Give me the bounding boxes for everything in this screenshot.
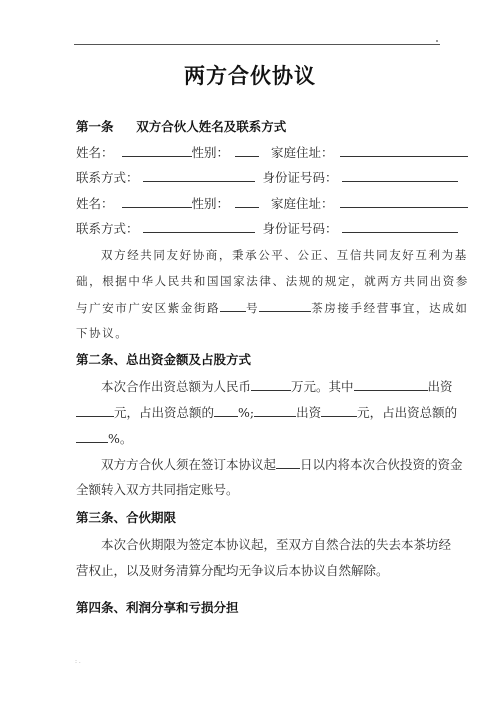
s2-p4-b: 日以内将本次合伙投资的资金 [300, 457, 463, 472]
partyA-name-label: 姓名： [76, 145, 114, 160]
header-dot [436, 40, 438, 42]
s2-p1-b: 万元。其中 [291, 379, 354, 394]
total-amount-field[interactable] [251, 378, 291, 391]
partyB-row2: 联系方式：身份证号码： [76, 220, 458, 237]
partyA-id-field[interactable] [342, 169, 458, 182]
transfer-days-field[interactable] [276, 456, 300, 469]
section2-line3: %。 [76, 430, 132, 447]
s2-p2-a: 元，占出资总额的 [114, 405, 214, 420]
section3-heading: 第三条、合伙期限 [76, 510, 176, 526]
partyA-gender-label: 性别： [192, 145, 230, 160]
partyA-address-field[interactable] [340, 144, 468, 157]
partyB-gender-label: 性别： [192, 196, 230, 211]
s2-p1-a: 本次合作出资总额为人民币 [101, 379, 251, 394]
s2-p3-a: %。 [108, 431, 132, 446]
section2-line2: 元，占出资总额的%;出资元，占出资总额的 [76, 404, 457, 421]
partyA-row1: 姓名：性别：家庭住址： [76, 144, 468, 161]
partyB-id-field[interactable] [342, 220, 458, 233]
partyB-amount-field[interactable] [321, 404, 357, 417]
s2-p2-c: 出资 [296, 405, 321, 420]
partyA-address-label: 家庭住址： [271, 145, 334, 160]
partyA-name-field[interactable] [122, 144, 192, 157]
partyB-address-label: 家庭住址： [271, 196, 334, 211]
partyB-investor-field[interactable] [254, 404, 296, 417]
partyB-id-label: 身份证号码： [263, 221, 338, 236]
partyA-amount-field[interactable] [76, 404, 114, 417]
document-title: 两方合伙协议 [0, 60, 500, 90]
section2-line5: 全额转入双方共同指定账号。 [76, 482, 239, 498]
section2-line4: 双方方合伙人须在签订本协议起日以内将本次合伙投资的资金 [76, 456, 463, 473]
section3-line2: 营权止，以及财务清算分配均无争议后本协议自然解除。 [76, 563, 389, 579]
section1-para-line3: 与广安市广安区紫金街路号茶房接手经营事宜，达成如 [76, 299, 468, 316]
partyA-row2: 联系方式：身份证号码： [76, 169, 458, 186]
partyB-percent-field[interactable] [76, 430, 108, 443]
section1-para-line2: 础，根据中华人民共和国国家法律、法规的规定，就两方共同出资参 [76, 273, 469, 289]
section4-heading: 第四条、利润分享和亏损分担 [76, 600, 239, 616]
partyA-percent-field[interactable] [214, 404, 238, 417]
partyB-name-label: 姓名： [76, 196, 114, 211]
section1-title: 双方合伙人姓名及联系方式 [136, 119, 286, 134]
partyA-contact-field[interactable] [143, 169, 255, 182]
section2-heading: 第二条、总出资金额及占股方式 [76, 352, 251, 368]
partyB-row1: 姓名：性别：家庭住址： [76, 195, 468, 212]
partyA-contact-label: 联系方式： [76, 170, 139, 185]
s2-p2-d: 元，占出资总额的 [357, 405, 457, 420]
para-line3-a: 与广安市广安区紫金街路 [76, 301, 220, 315]
footer-mark: : . [75, 658, 81, 665]
partyA-investor-field[interactable] [354, 378, 428, 391]
header-rule [74, 44, 440, 45]
partyB-contact-field[interactable] [143, 220, 255, 233]
section1-number: 第一条 [76, 119, 114, 134]
document-page: 两方合伙协议 第一条 双方合伙人姓名及联系方式 姓名：性别：家庭住址： 联系方式… [0, 0, 500, 708]
partyB-gender-field[interactable] [235, 195, 259, 208]
street-number-field[interactable] [220, 299, 246, 312]
partyB-name-field[interactable] [122, 195, 192, 208]
section1-heading: 第一条 双方合伙人姓名及联系方式 [76, 119, 286, 135]
partyA-id-label: 身份证号码： [263, 170, 338, 185]
section1-para-line4: 下协议。 [76, 325, 128, 341]
partyA-gender-field[interactable] [235, 144, 259, 157]
section1-para-line1: 双方经共同友好协商，秉承公平、公正、互信共同友好互利为基 [76, 247, 468, 263]
partyB-contact-label: 联系方式： [76, 221, 139, 236]
section2-line1: 本次合作出资总额为人民币万元。其中出资 [76, 378, 453, 395]
s2-p4-a: 双方方合伙人须在签订本协议起 [101, 457, 276, 472]
para-line3-c: 茶房接手经营事宜，达成如 [311, 301, 468, 315]
s2-p2-b: %; [238, 405, 254, 420]
para-line3-b: 号 [246, 301, 259, 315]
s2-p1-c: 出资 [428, 379, 453, 394]
section3-line1: 本次合伙期限为签定本协议起，至双方自然合法的失去本茶坊经 [76, 537, 451, 553]
partyB-address-field[interactable] [340, 195, 468, 208]
shop-name-field[interactable] [259, 299, 311, 312]
